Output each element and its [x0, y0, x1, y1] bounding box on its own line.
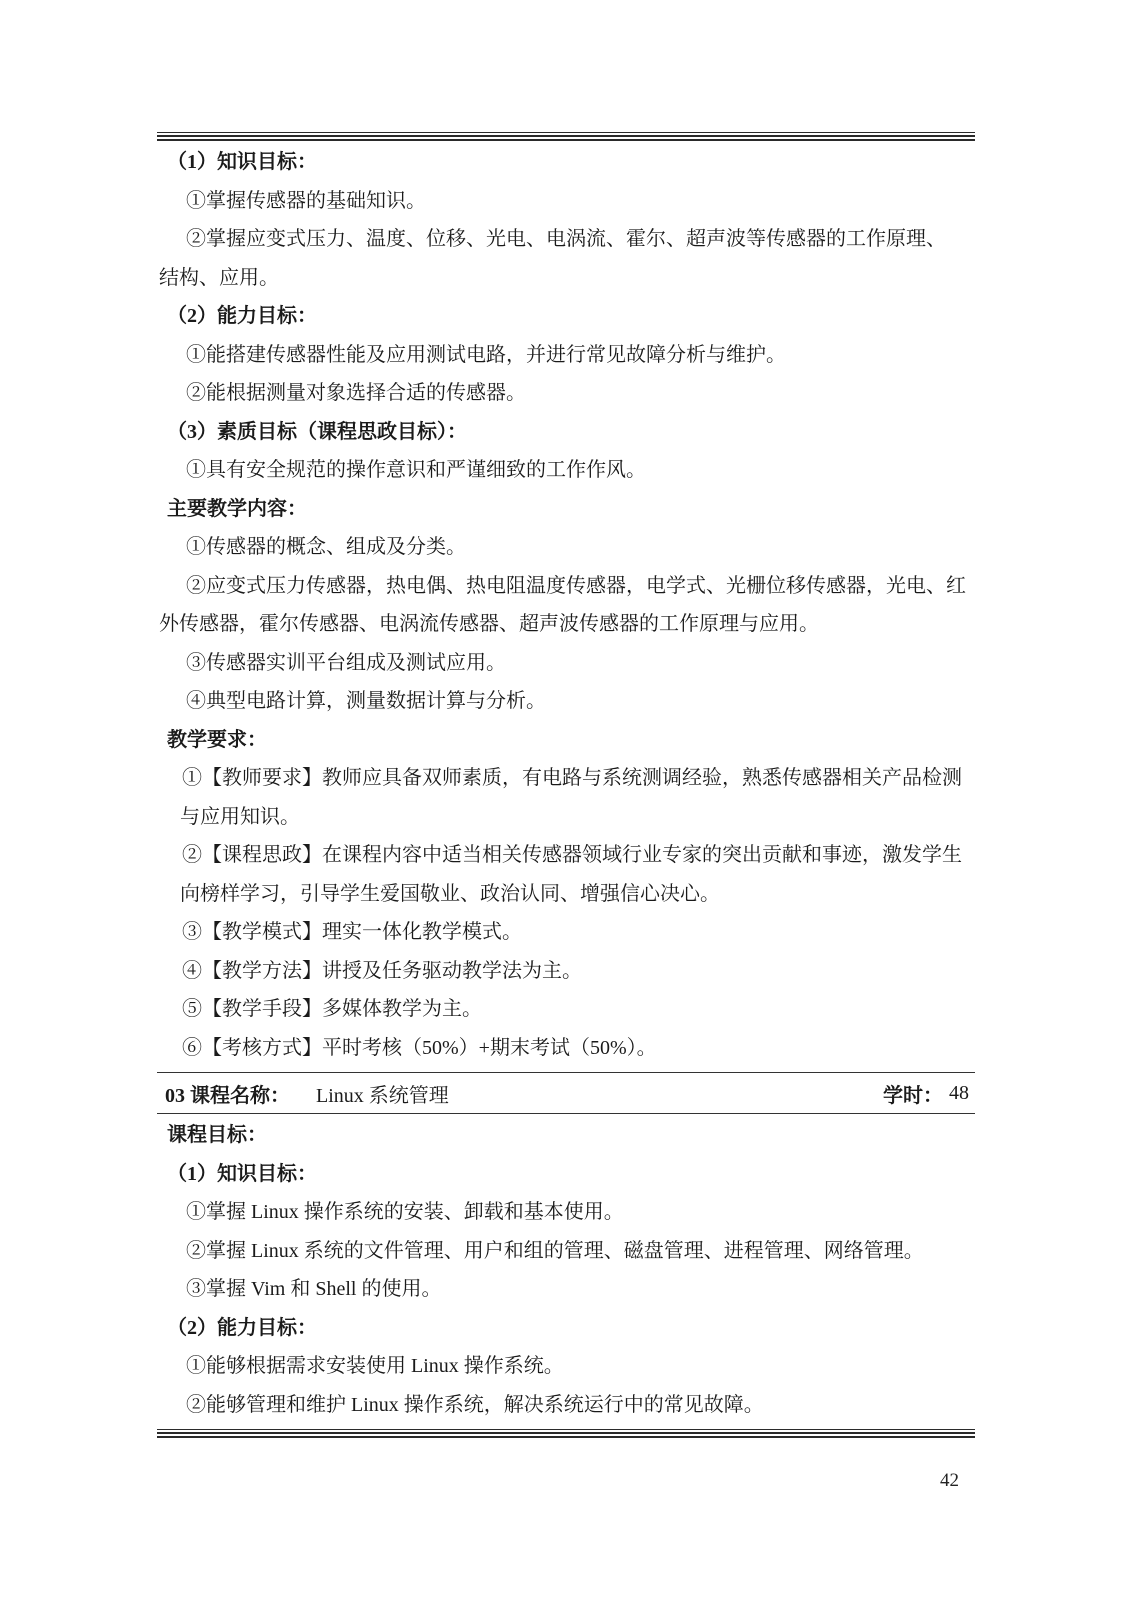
- course-standard-table: （1）知识目标： ①掌握传感器的基础知识。 ②掌握应变式压力、温度、位移、光电、…: [157, 132, 975, 1438]
- list-item: ①【教师要求】教师应具备双师素质，有电路与系统测调经验，熟悉传感器相关产品检测: [159, 759, 971, 798]
- heading-knowledge-goals: （1）知识目标：: [159, 143, 971, 182]
- heading-ability-goals: （2）能力目标：: [159, 297, 971, 336]
- list-item-continuation: 向榜样学习，引导学生爱国敬业、政治认同、增强信心决心。: [159, 875, 971, 914]
- list-item: ④典型电路计算，测量数据计算与分析。: [159, 682, 971, 721]
- list-item: ⑤【教学手段】多媒体教学为主。: [159, 990, 971, 1029]
- list-item: ①能搭建传感器性能及应用测试电路，并进行常见故障分析与维护。: [159, 336, 971, 375]
- heading-quality-goals: （3）素质目标（课程思政目标）：: [159, 413, 971, 452]
- table-top-border: [157, 132, 975, 141]
- list-item: ②能够管理和维护 Linux 操作系统，解决系统运行中的常见故障。: [159, 1386, 971, 1425]
- heading-main-teaching-content: 主要教学内容：: [159, 490, 971, 529]
- hours-label: 学时：: [883, 1079, 943, 1108]
- page-number: 42: [940, 1470, 959, 1492]
- list-item: ①具有安全规范的操作意识和严谨细致的工作作风。: [159, 451, 971, 490]
- list-item: ①能够根据需求安装使用 Linux 操作系统。: [159, 1347, 971, 1386]
- list-item-continuation: 外传感器，霍尔传感器、电涡流传感器、超声波传感器的工作原理与应用。: [159, 605, 971, 644]
- list-item: ③掌握 Vim 和 Shell 的使用。: [159, 1270, 971, 1309]
- hours-value: 48: [949, 1082, 969, 1105]
- list-item: ②掌握 Linux 系统的文件管理、用户和组的管理、磁盘管理、进程管理、网络管理…: [159, 1232, 971, 1271]
- heading-course-goals: 课程目标：: [159, 1116, 971, 1155]
- list-item: ①掌握 Linux 操作系统的安装、卸载和基本使用。: [159, 1193, 971, 1232]
- course02-detail-cell: （1）知识目标： ①掌握传感器的基础知识。 ②掌握应变式压力、温度、位移、光电、…: [157, 141, 975, 1072]
- list-item: ④【教学方法】讲授及任务驱动教学法为主。: [159, 952, 971, 991]
- list-item-continuation: 与应用知识。: [159, 798, 971, 837]
- course03-header-row: 03 课程名称： Linux 系统管理 学时： 48: [157, 1072, 975, 1114]
- heading-ability-goals: （2）能力目标：: [159, 1309, 971, 1348]
- course03-detail-cell: 课程目标： （1）知识目标： ①掌握 Linux 操作系统的安装、卸载和基本使用…: [157, 1114, 975, 1429]
- list-item: ①传感器的概念、组成及分类。: [159, 528, 971, 567]
- heading-teaching-requirements: 教学要求：: [159, 721, 971, 760]
- list-item: ②能根据测量对象选择合适的传感器。: [159, 374, 971, 413]
- list-item-continuation: 结构、应用。: [159, 259, 971, 298]
- heading-knowledge-goals: （1）知识目标：: [159, 1155, 971, 1194]
- document-page: （1）知识目标： ①掌握传感器的基础知识。 ②掌握应变式压力、温度、位移、光电、…: [0, 0, 1131, 1600]
- course-name: Linux 系统管理: [316, 1079, 449, 1108]
- list-item: ⑥【考核方式】平时考核（50%）+期末考试（50%）。: [159, 1029, 971, 1068]
- course-code-label: 03 课程名称：: [165, 1079, 290, 1108]
- list-item: ①掌握传感器的基础知识。: [159, 182, 971, 221]
- list-item: ③【教学模式】理实一体化教学模式。: [159, 913, 971, 952]
- list-item: ②掌握应变式压力、温度、位移、光电、电涡流、霍尔、超声波等传感器的工作原理、: [159, 220, 971, 259]
- list-item: ②应变式压力传感器，热电偶、热电阻温度传感器，电学式、光栅位移传感器，光电、红: [159, 567, 971, 606]
- table-bottom-border: [157, 1429, 975, 1438]
- list-item: ②【课程思政】在课程内容中适当相关传感器领域行业专家的突出贡献和事迹，激发学生: [159, 836, 971, 875]
- list-item: ③传感器实训平台组成及测试应用。: [159, 644, 971, 683]
